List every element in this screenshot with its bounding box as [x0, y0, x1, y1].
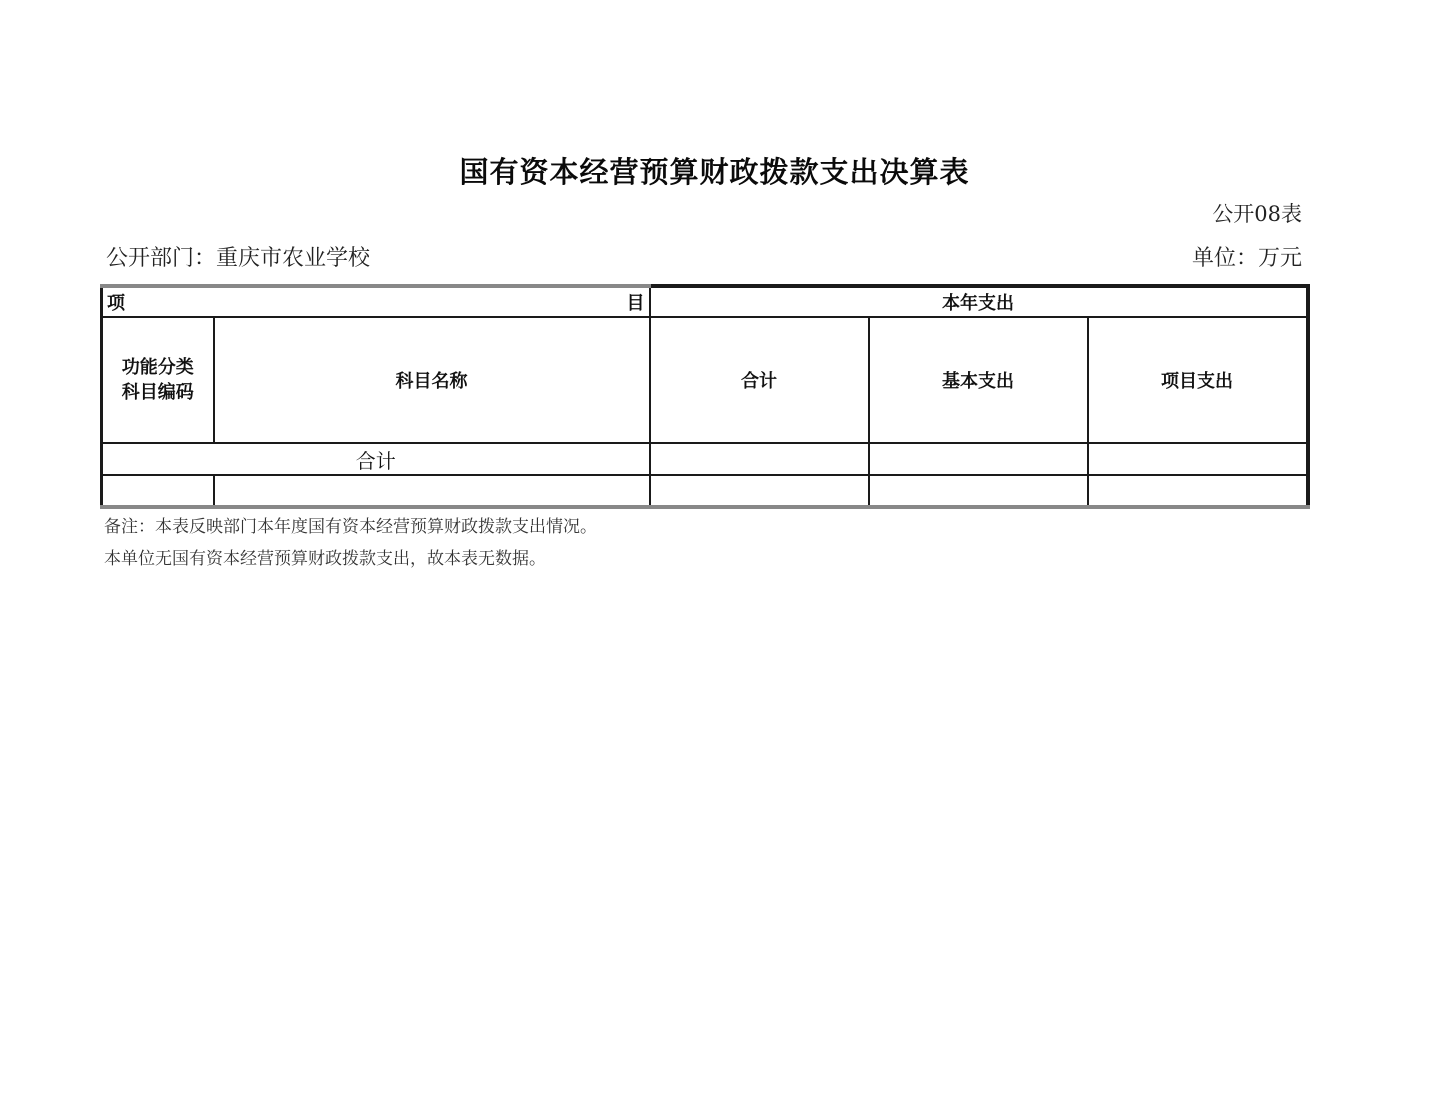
header-row-1: 项 目 本年支出 — [102, 286, 1308, 317]
notes: 备注：本表反映部门本年度国有资本经营预算财政拨款支出情况。 本单位无国有资本经营… — [104, 511, 597, 575]
function-code-header-line1: 功能分类 — [103, 355, 213, 380]
total-row-total — [650, 443, 869, 475]
basic-spending-header: 基本支出 — [869, 317, 1088, 443]
page-title: 国有资本经营预算财政拨款支出决算表 — [0, 150, 1429, 191]
row-name — [214, 475, 650, 507]
row-total — [650, 475, 869, 507]
row-basic — [869, 475, 1088, 507]
total-row-label: 合计 — [102, 443, 650, 475]
department-label: 公开部门：重庆市农业学校 — [106, 241, 370, 272]
total-row-project — [1088, 443, 1308, 475]
item-header-left: 项 — [107, 289, 125, 315]
item-header-right: 目 — [627, 289, 645, 315]
total-row: 合计 — [102, 443, 1308, 475]
item-header-cell: 项 目 — [102, 286, 650, 317]
function-code-header: 功能分类 科目编码 — [102, 317, 214, 443]
project-spending-header: 项目支出 — [1088, 317, 1308, 443]
table-number: 公开08表 — [1212, 198, 1302, 228]
total-header: 合计 — [650, 317, 869, 443]
function-code-header-line2: 科目编码 — [103, 380, 213, 405]
unit-label: 单位：万元 — [1192, 241, 1302, 272]
note-line-1: 备注：本表反映部门本年度国有资本经营预算财政拨款支出情况。 — [104, 511, 597, 543]
row-project — [1088, 475, 1308, 507]
total-row-basic — [869, 443, 1088, 475]
current-year-spending-header: 本年支出 — [650, 286, 1308, 317]
row-code — [102, 475, 214, 507]
expenditure-table: 项 目 本年支出 功能分类 科目编码 科目名称 合计 基本支出 项目支出 合计 — [100, 284, 1310, 509]
header-row-2: 功能分类 科目编码 科目名称 合计 基本支出 项目支出 — [102, 317, 1308, 443]
note-line-2: 本单位无国有资本经营预算财政拨款支出，故本表无数据。 — [104, 543, 597, 575]
table-row — [102, 475, 1308, 507]
subject-name-header: 科目名称 — [214, 317, 650, 443]
